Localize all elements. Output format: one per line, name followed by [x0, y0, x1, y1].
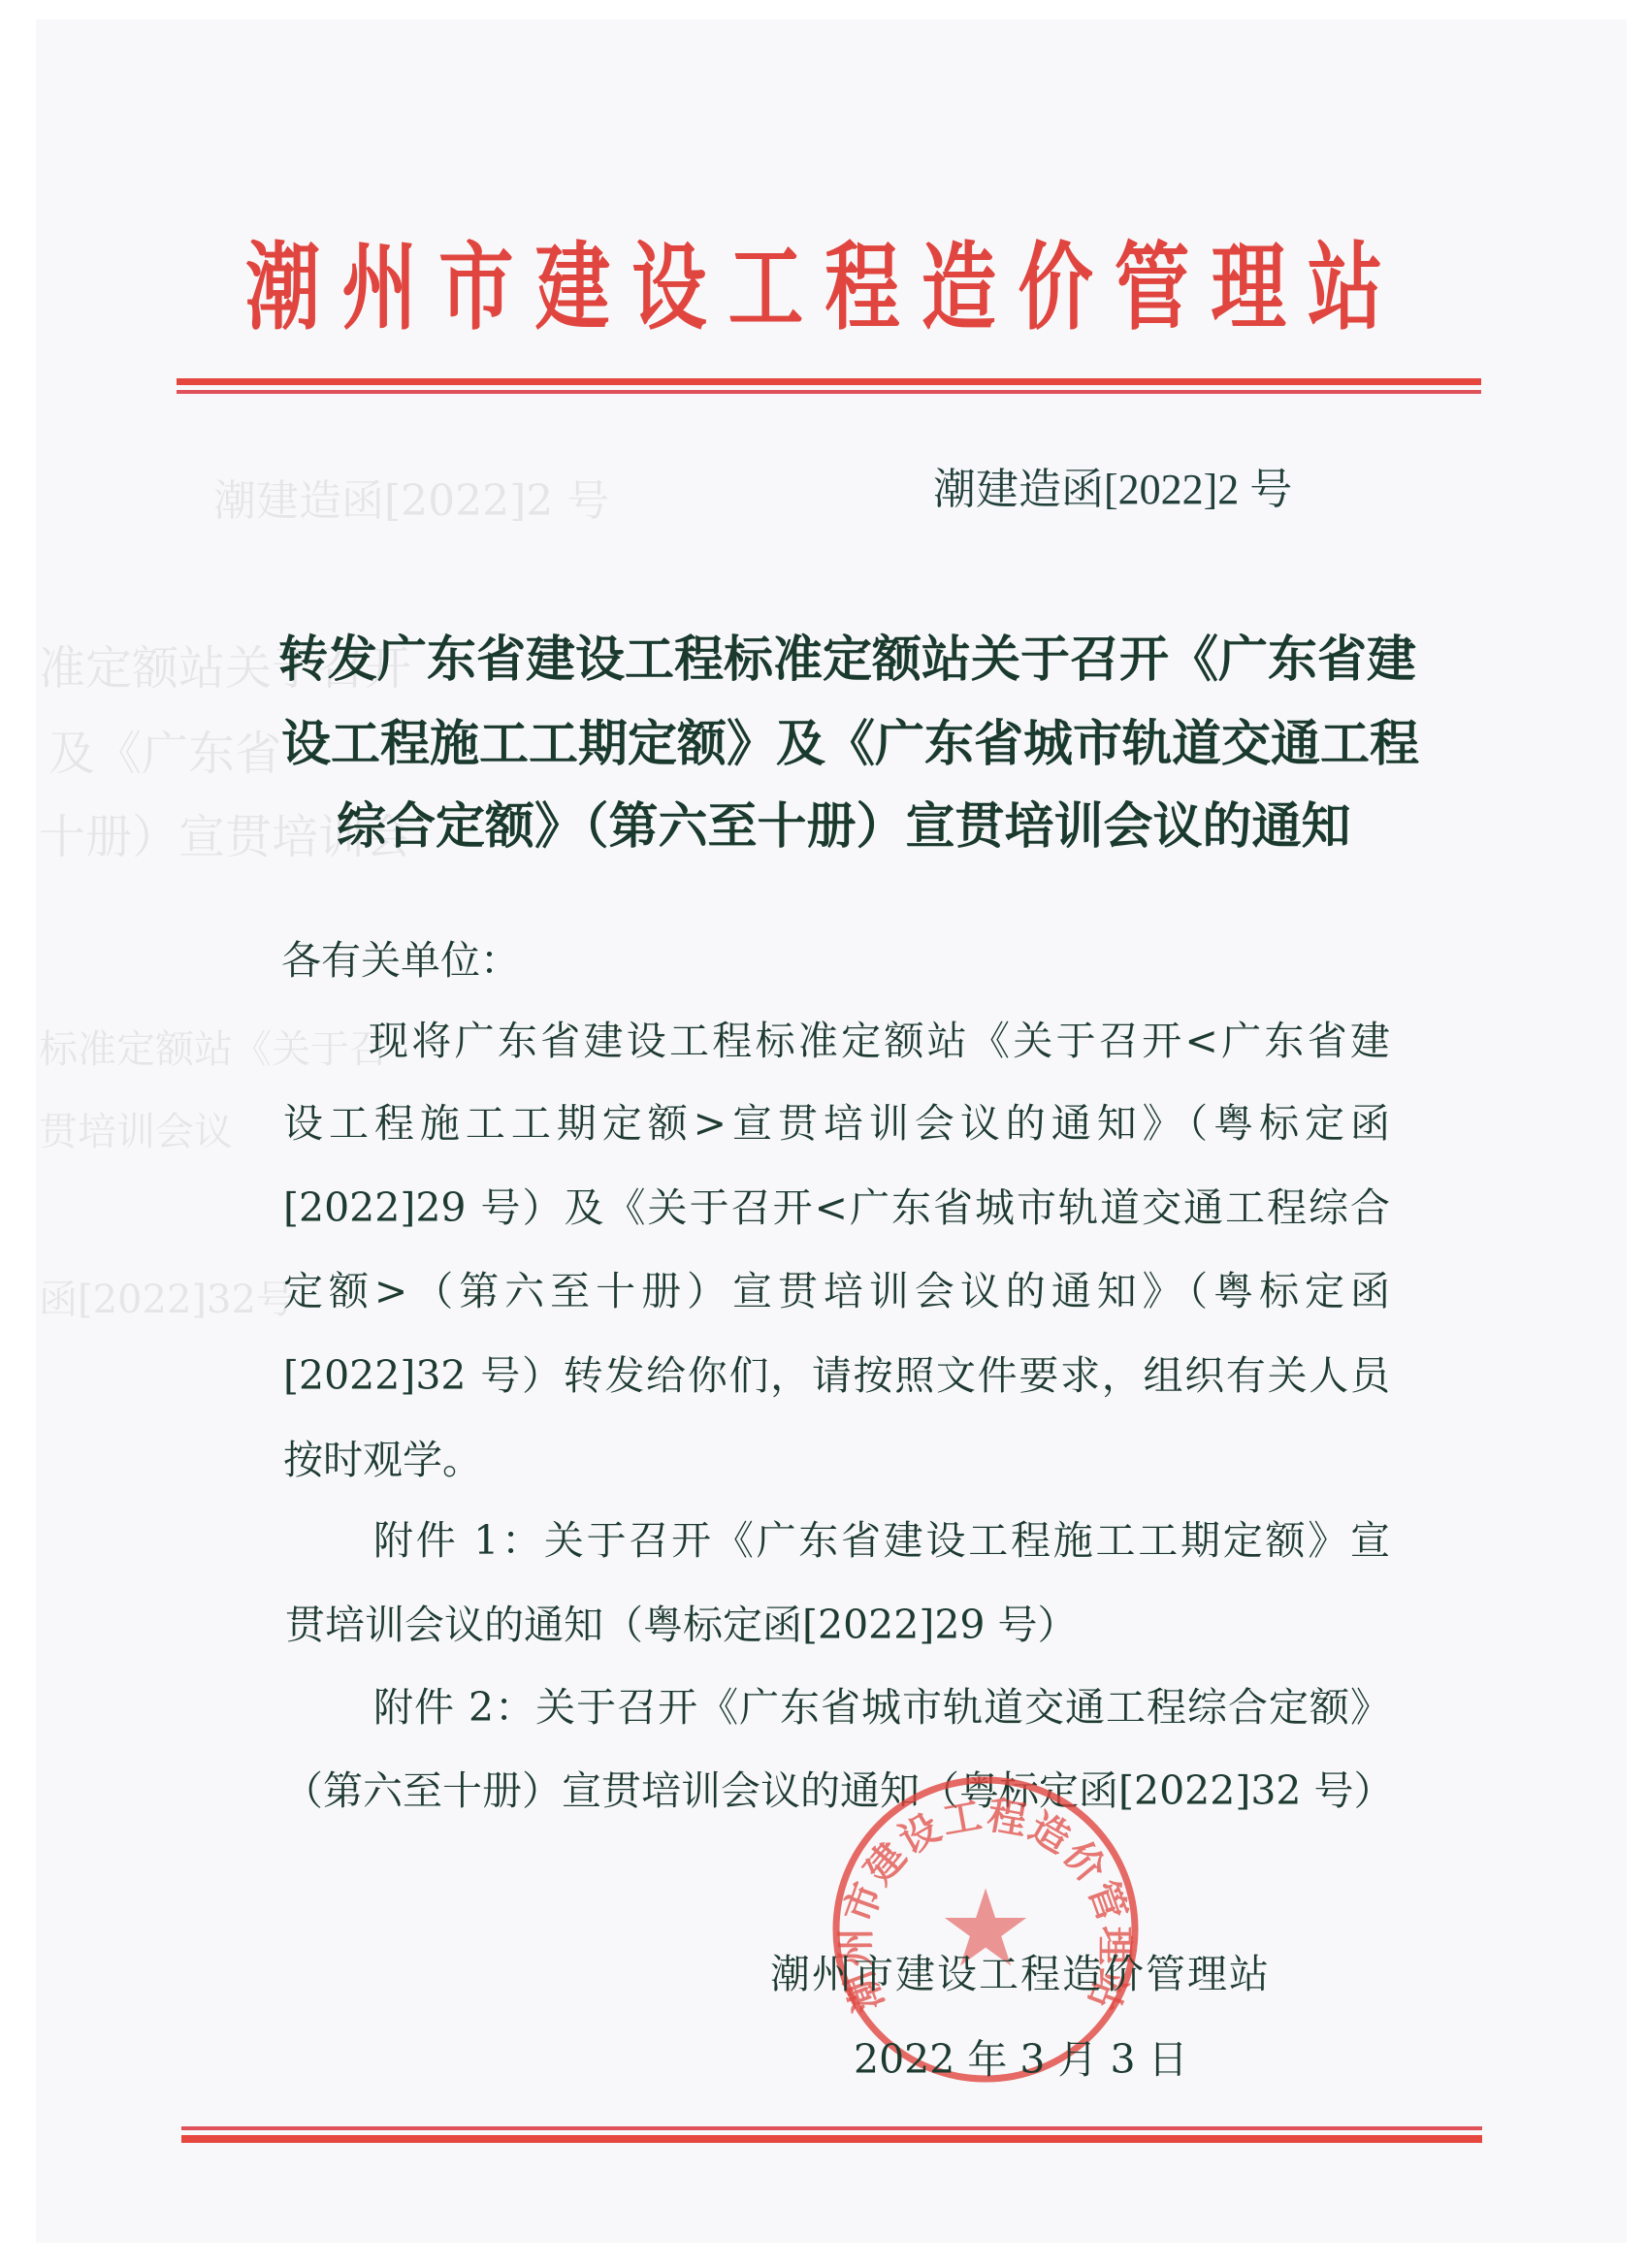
- attachment-1-line-2: 贯培训会议的通知（粤标定函[2022]29 号）: [285, 1600, 1078, 1650]
- bleed-through-line: 标准定额站《关于召: [39, 1019, 388, 1074]
- bleed-through-line: 贯培训会议: [39, 1101, 233, 1156]
- letterhead-rule-thin: [177, 390, 1481, 394]
- footer-rule-thick: [181, 2135, 1482, 2143]
- letterhead-title: 潮州市建设工程造价管理站: [245, 231, 1404, 347]
- paragraph-line: 现将广东省建设工程标准定额站《关于召开<广东省建: [369, 1016, 1390, 1066]
- bleed-through-doc-number: 潮建造函[2022]2 号: [213, 466, 609, 528]
- signature-organization: 潮州市建设工程造价管理站: [770, 1949, 1271, 1999]
- bleed-through-line: 及《广东省: [48, 716, 281, 783]
- bleed-through-line: 函[2022]32号: [39, 1269, 295, 1324]
- heading-line-2: 设工程施工工期定额》及《广东省城市轨道交通工程: [281, 715, 1387, 775]
- letterhead-rule-thick: [177, 378, 1481, 385]
- paragraph-line: 按时观学。: [283, 1435, 482, 1485]
- heading-line-3: 综合定额》（第六至十册）宣贯培训会议的通知: [337, 797, 1351, 858]
- paragraph-line: 设工程施工工期定额>宣贯培训会议的通知》（粤标定函: [283, 1098, 1390, 1149]
- paragraph-line: [2022]29 号）及《关于召开<广东省城市轨道交通工程综合: [283, 1183, 1390, 1233]
- paragraph-line: [2022]32 号）转发给你们，请按照文件要求，组织有关人员: [283, 1350, 1390, 1401]
- heading-line-1: 转发广东省建设工程标准定额站关于召开《广东省建: [278, 631, 1387, 691]
- signature-date: 2022 年 3 月 3 日: [854, 2034, 1188, 2085]
- attachment-1-line-1: 附件 1：关于召开《广东省建设工程施工工期定额》宣: [373, 1515, 1390, 1566]
- footer-rule-thin: [181, 2126, 1482, 2130]
- paragraph-line: 定额>（第六至十册）宣贯培训会议的通知》（粤标定函: [283, 1266, 1390, 1316]
- document-number: 潮建造函[2022]2 号: [933, 463, 1292, 517]
- salutation: 各有关单位：: [281, 935, 520, 986]
- attachment-2-line-1: 附件 2：关于召开《广东省城市轨道交通工程综合定额》: [373, 1682, 1390, 1733]
